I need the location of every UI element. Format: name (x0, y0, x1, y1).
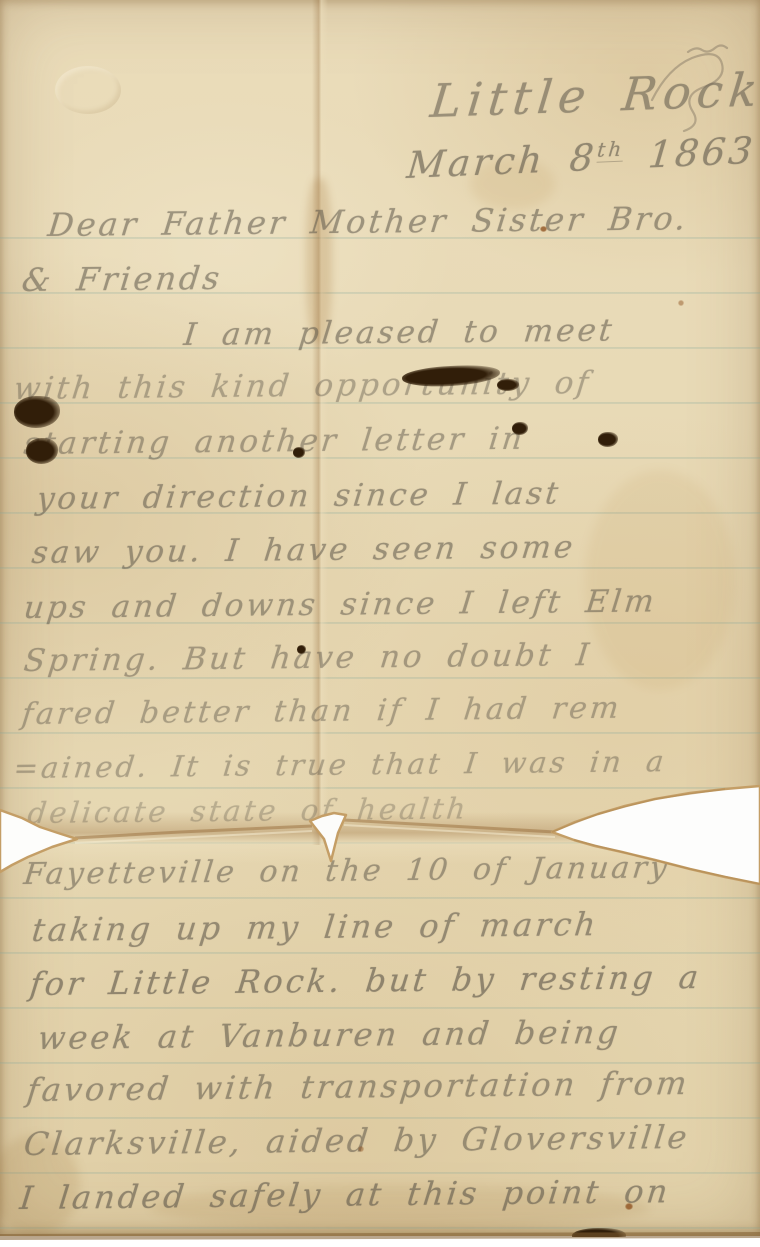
body-line-7: Spring. But have no doubt I (22, 637, 594, 679)
body-line-4: your direction since I last (35, 476, 563, 517)
body-line-12: taking up my line of march (30, 905, 600, 949)
date-year: 1863 (646, 129, 757, 177)
body-line-16: Clarksville, aided by Gloversville (22, 1118, 692, 1163)
salutation-line-1: Dear Father Mother Sister Bro. (46, 199, 691, 244)
place-line: Little Rock. (428, 62, 760, 128)
scanner-background-strip (0, 1237, 760, 1247)
date-ordinal: th (596, 136, 625, 162)
date-month-day: March 8 (405, 136, 599, 187)
body-line-15: favored with transportation from (25, 1064, 692, 1109)
body-line-9: =ained. It is true that I was in a (12, 744, 668, 785)
body-line-11: Fayetteville on the 10 of January (22, 850, 672, 892)
salutation-line-2: & Friends (20, 259, 224, 299)
body-line-14: week at Vanburen and being (36, 1013, 623, 1057)
letter-scan: Little Rock. March 8th 1863 Dear Father … (0, 0, 760, 1247)
body-line-13: for Little Rock. but by resting a (28, 958, 703, 1003)
body-line-3: starting another letter in (22, 421, 527, 462)
body-line-6: ups and downs since I left Elm (22, 583, 659, 626)
body-line-17: I landed safely at this point on (18, 1172, 673, 1217)
ink-blot (572, 1228, 626, 1244)
body-line-10: delicate state of health (26, 791, 470, 830)
stain-patch (585, 470, 735, 690)
body-line-5: saw you. I have seen some (30, 529, 577, 571)
body-line-1: I am pleased to meet (182, 313, 616, 353)
embossed-stationery-stamp (55, 66, 121, 114)
body-line-8: fared better than if I had rem (20, 691, 623, 732)
